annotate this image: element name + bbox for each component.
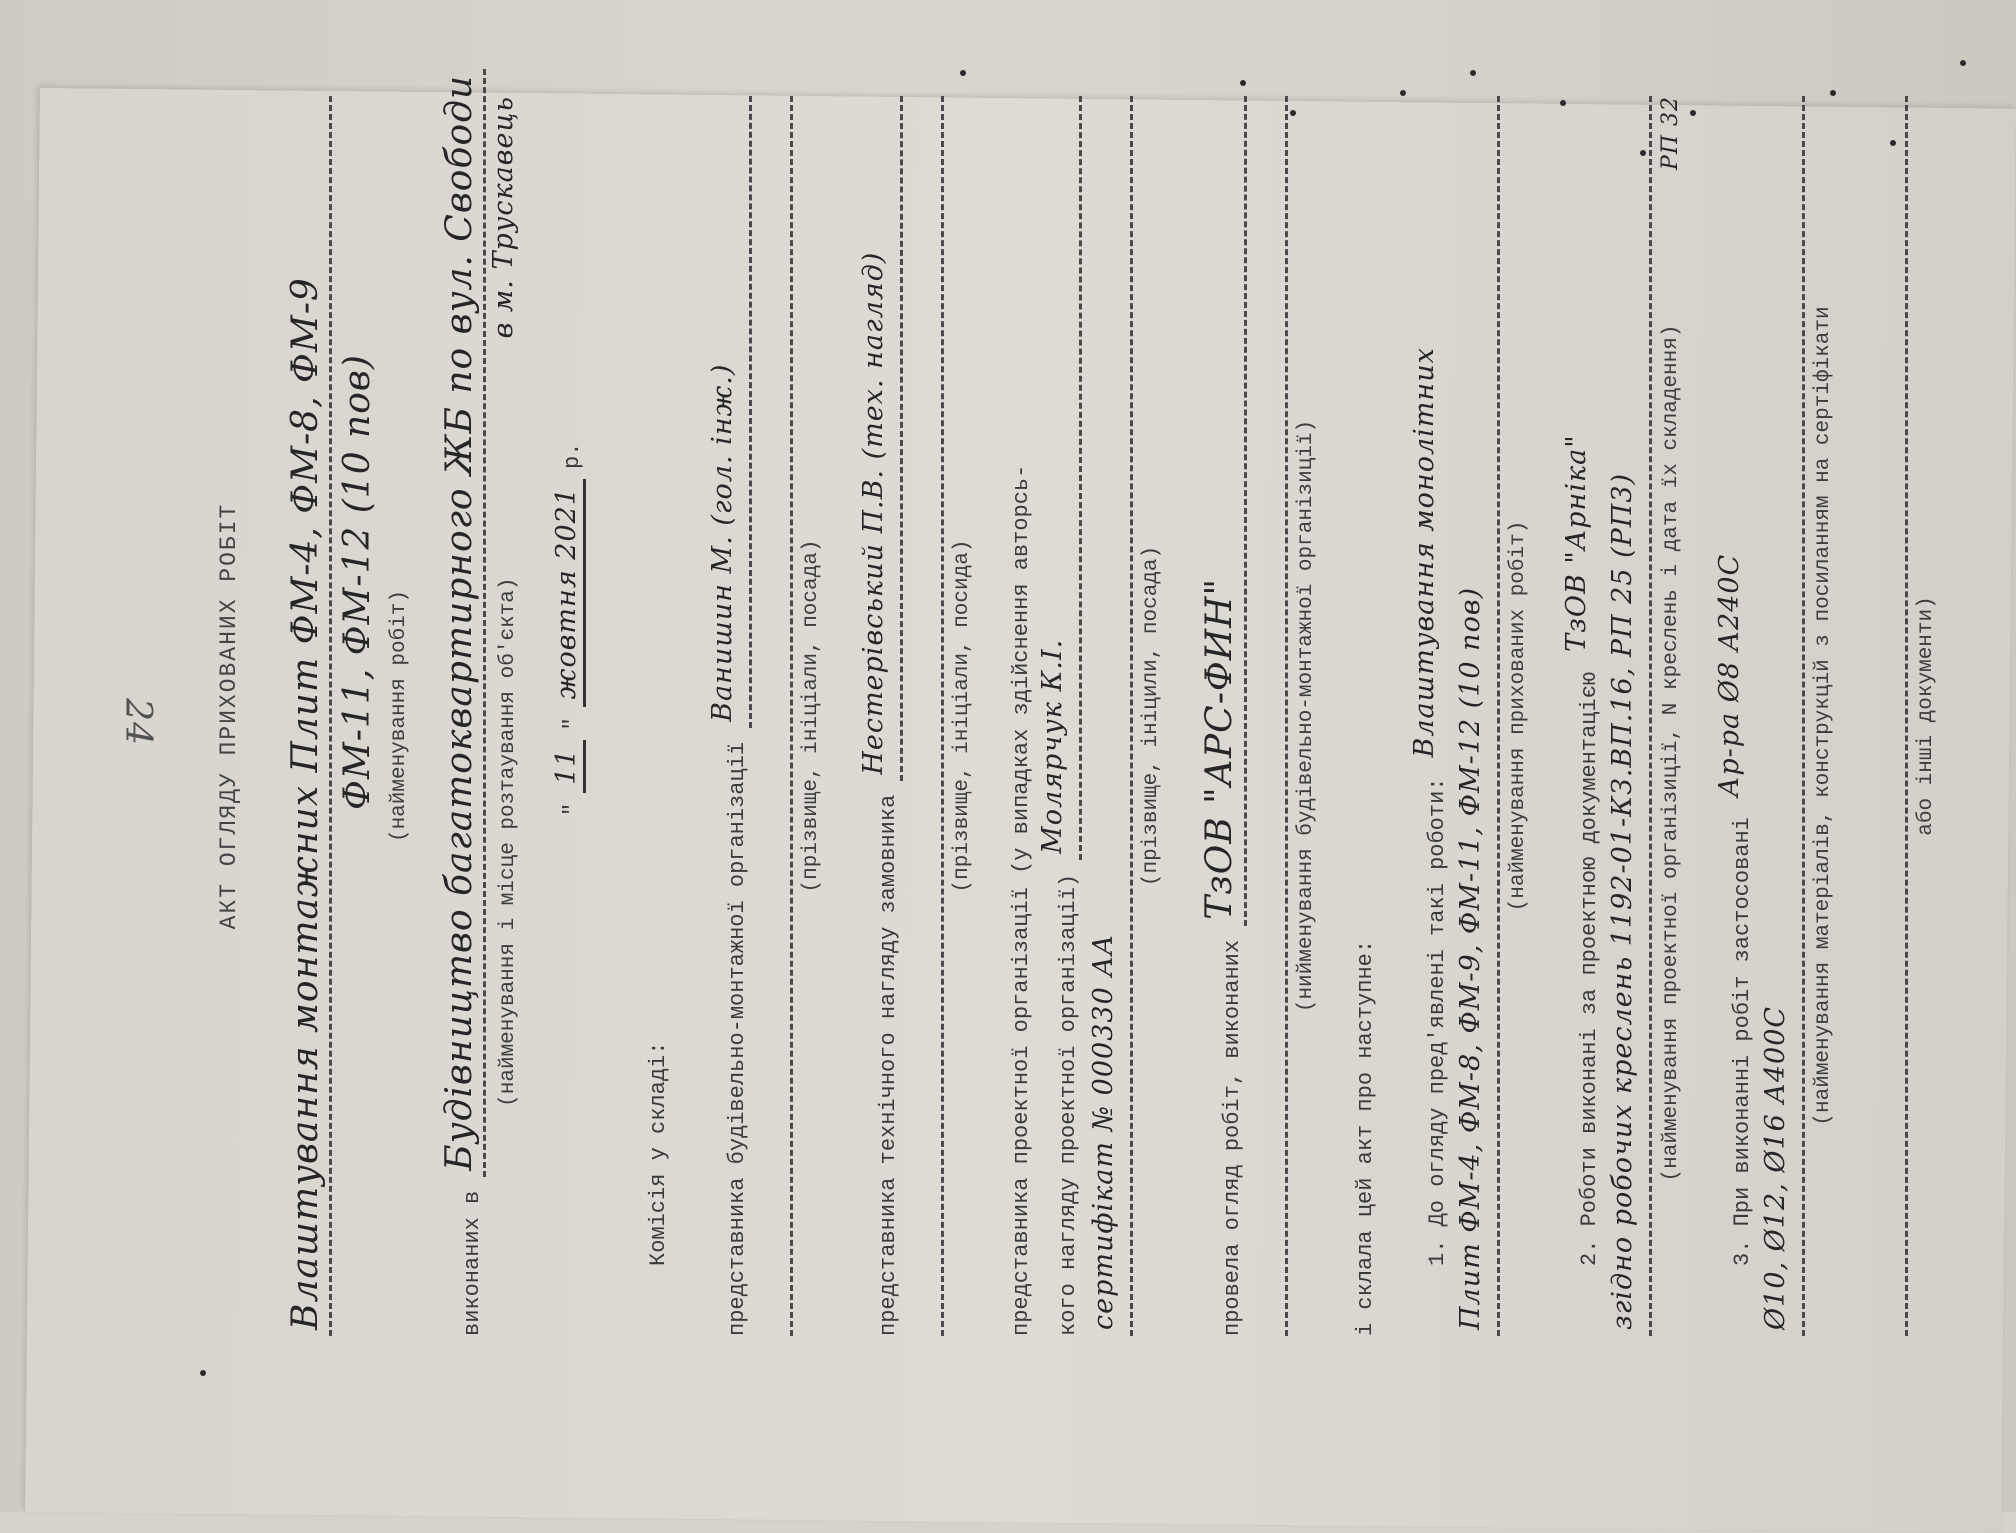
item3-row: 3. При виконанні робіт застосовані Ар-ра… <box>1714 96 1756 1266</box>
speck <box>1640 150 1646 156</box>
item2-value-1: ТзОВ "Арніка" <box>1561 434 1592 652</box>
design-rep-label-1: представника проектної організації (у ви… <box>1009 96 1035 1336</box>
date-row: " 11 " жовтня 2021 р. <box>551 96 586 816</box>
builder-rep-value: Ванишин М. (гол. інж.) <box>707 364 738 722</box>
design-rep-row-2: сертифікат № 000330 АА <box>1088 96 1133 1336</box>
item2-row-2: згідно робочих креслень 1192-01-КЗ.ВП.16… <box>1607 96 1652 1336</box>
object-field[interactable]: Будівництво багатоквартирного ЖБ по вул.… <box>438 69 486 1177</box>
item3-field[interactable]: Ар-ра Ø8 А240С <box>1714 96 1756 803</box>
document-page: 24 АКТ ОГЛЯДУ ПРИХОВАНИХ РОБІТ Влаштуван… <box>66 56 1966 1456</box>
performer-extra-line <box>1247 96 1288 1336</box>
object-label: виконаних в <box>460 1191 486 1336</box>
builder-rep-caption: (прізвище, ініціали, посада) <box>799 96 824 1336</box>
item3-value-2: Ø10, Ø12, Ø16 А400С <box>1760 1006 1791 1330</box>
design-rep-label-2: кого нагляду проектної організації) <box>1056 874 1082 1336</box>
speck <box>1830 90 1836 96</box>
object-row-2: (найменування і місце розтаування об'єкт… <box>488 96 520 1336</box>
item1-row: 1. До огляду пред'явлені такі роботи: Вл… <box>1409 96 1451 1266</box>
speck <box>1290 110 1296 116</box>
customer-rep-field[interactable]: Нестерівський П.В. (тех. нагляд) <box>858 96 903 781</box>
item1-label: 1. До огляду пред'явлені такі роботи: <box>1425 778 1451 1266</box>
date-open-quote: " <box>560 803 586 816</box>
item1-row-2: Плит ФМ-4, ФМ-8, ФМ-9, ФМ-11, ФМ-12 (10 … <box>1455 96 1500 1336</box>
speck <box>1240 80 1246 86</box>
design-rep-field-2[interactable]: сертифікат № 000330 АА <box>1088 96 1133 1336</box>
customer-rep-label: представника технічного нагляду замовник… <box>876 795 902 1336</box>
date-close-quote: " <box>560 717 586 730</box>
object-caption: (найменування і місце розтаування об'єкт… <box>496 348 521 1336</box>
works-name-row-2: ФМ-11, ФМ-12 (10 пов) <box>336 96 381 1336</box>
document-body: 24 АКТ ОГЛЯДУ ПРИХОВАНИХ РОБІТ Влаштуван… <box>126 96 1939 1336</box>
handwritten-page-number: 24 <box>116 698 159 746</box>
design-rep-value-1: Молярчук К.І. <box>1037 639 1068 854</box>
act-intro: і склала цей акт про наступне: <box>1353 96 1379 1336</box>
date-month-year[interactable]: жовтня 2021 <box>551 479 586 707</box>
speck <box>1960 60 1966 66</box>
works-name-value-1: Влаштування монтажних Плит ФМ-4, ФМ-8, Ф… <box>285 277 326 1330</box>
performer-value: ТзОВ "АРС-ФИН" <box>1199 578 1240 920</box>
speck <box>200 1370 206 1376</box>
performer-label: провела огляд робіт, виконаних <box>1220 940 1246 1336</box>
item2-caption-note: РП 32 <box>1658 96 1684 170</box>
builder-rep-label: представника будівельно-монтажної органі… <box>725 742 751 1336</box>
item1-field[interactable]: Влаштування монолітних <box>1409 96 1451 764</box>
item1-field-2[interactable]: Плит ФМ-4, ФМ-8, ФМ-9, ФМ-11, ФМ-12 (10 … <box>1455 96 1500 1336</box>
works-name-value-2: ФМ-11, ФМ-12 (10 пов) <box>337 354 378 810</box>
item3-extra-line <box>1867 96 1908 1336</box>
commission-heading: Комісія у складі: <box>646 96 672 1266</box>
item1-value-2: Плит ФМ-4, ФМ-8, ФМ-9, ФМ-11, ФМ-12 (10 … <box>1455 587 1486 1330</box>
design-rep-row: кого нагляду проектної організації) Моля… <box>1037 96 1082 1336</box>
customer-rep-extra-line <box>903 96 944 1336</box>
builder-rep-field[interactable]: Ванишин М. (гол. інж.) <box>707 96 752 728</box>
date-suffix: р. <box>560 443 586 469</box>
item3-row-2: Ø10, Ø12, Ø16 А400С <box>1760 96 1805 1336</box>
item1-value-1: Влаштування монолітних <box>1409 347 1440 757</box>
builder-rep-extra-line <box>752 96 793 1336</box>
object-row: виконаних в Будівництво багатоквартирног… <box>438 96 486 1336</box>
item2-caption-row: (найменування проектної організиції, N к… <box>1656 96 1684 1336</box>
speck <box>1890 140 1896 146</box>
item2-field-2[interactable]: згідно робочих креслень 1192-01-КЗ.ВП.16… <box>1607 96 1652 1336</box>
works-name-row: Влаштування монтажних Плит ФМ-4, ФМ-8, Ф… <box>284 96 332 1336</box>
object-value-2: в м. Трускавець <box>488 96 520 338</box>
works-name-caption: (найменування робіт) <box>387 96 412 1336</box>
design-rep-value-2: сертифікат № 000330 АА <box>1088 934 1119 1330</box>
design-rep-field[interactable]: Молярчук К.І. <box>1037 96 1082 860</box>
document-title: АКТ ОГЛЯДУ ПРИХОВАНИХ РОБІТ <box>216 96 244 1336</box>
item1-caption: (найменування прихованих робіт) <box>1506 96 1531 1336</box>
object-value-1: Будівництво багатоквартирного ЖБ по вул.… <box>439 75 480 1171</box>
item2-label: 2. Роботи виконані за проектною документ… <box>1577 672 1603 1266</box>
speck <box>1560 100 1566 106</box>
item2-caption: (найменування проектної організиції, N к… <box>1659 170 1684 1336</box>
item3-field-2[interactable]: Ø10, Ø12, Ø16 А400С <box>1760 96 1805 1336</box>
item3-caption-2: або інші документи) <box>1914 96 1939 1336</box>
performer-field[interactable]: ТзОВ "АРС-ФИН" <box>1198 96 1246 926</box>
item2-row: 2. Роботи виконані за проектною документ… <box>1561 96 1603 1266</box>
works-name-field-2[interactable]: ФМ-11, ФМ-12 (10 пов) <box>336 96 381 816</box>
speck <box>960 70 966 76</box>
performer-row: провела огляд робіт, виконаних ТзОВ "АРС… <box>1198 96 1246 1336</box>
customer-rep-caption: (прізвище, ініціали, посида) <box>950 96 975 1336</box>
speck <box>1690 110 1696 116</box>
date-day[interactable]: 11 <box>551 740 586 792</box>
customer-rep-row: представника технічного нагляду замовник… <box>858 96 903 1336</box>
builder-rep-row: представника будівельно-монтажної органі… <box>707 96 752 1336</box>
item2-value-2: згідно робочих креслень 1192-01-КЗ.ВП.16… <box>1607 473 1638 1330</box>
performer-caption: (нийменування будівельно-монтажної орган… <box>1294 96 1319 1336</box>
speck <box>1400 90 1406 96</box>
works-name-field[interactable]: Влаштування монтажних Плит ФМ-4, ФМ-8, Ф… <box>284 96 332 1336</box>
item2-field[interactable]: ТзОВ "Арніка" <box>1561 96 1603 658</box>
item3-caption: (найменування матеріалів, конструкцій з … <box>1811 96 1836 1336</box>
item3-label: 3. При виконанні робіт застосовані <box>1730 817 1756 1266</box>
design-rep-caption: (прізвище, ініцили, посада) <box>1139 96 1164 1336</box>
item3-value-1: Ар-ра Ø8 А240С <box>1714 554 1745 797</box>
speck <box>1470 70 1476 76</box>
customer-rep-value: Нестерівський П.В. (тех. нагляд) <box>858 252 889 775</box>
